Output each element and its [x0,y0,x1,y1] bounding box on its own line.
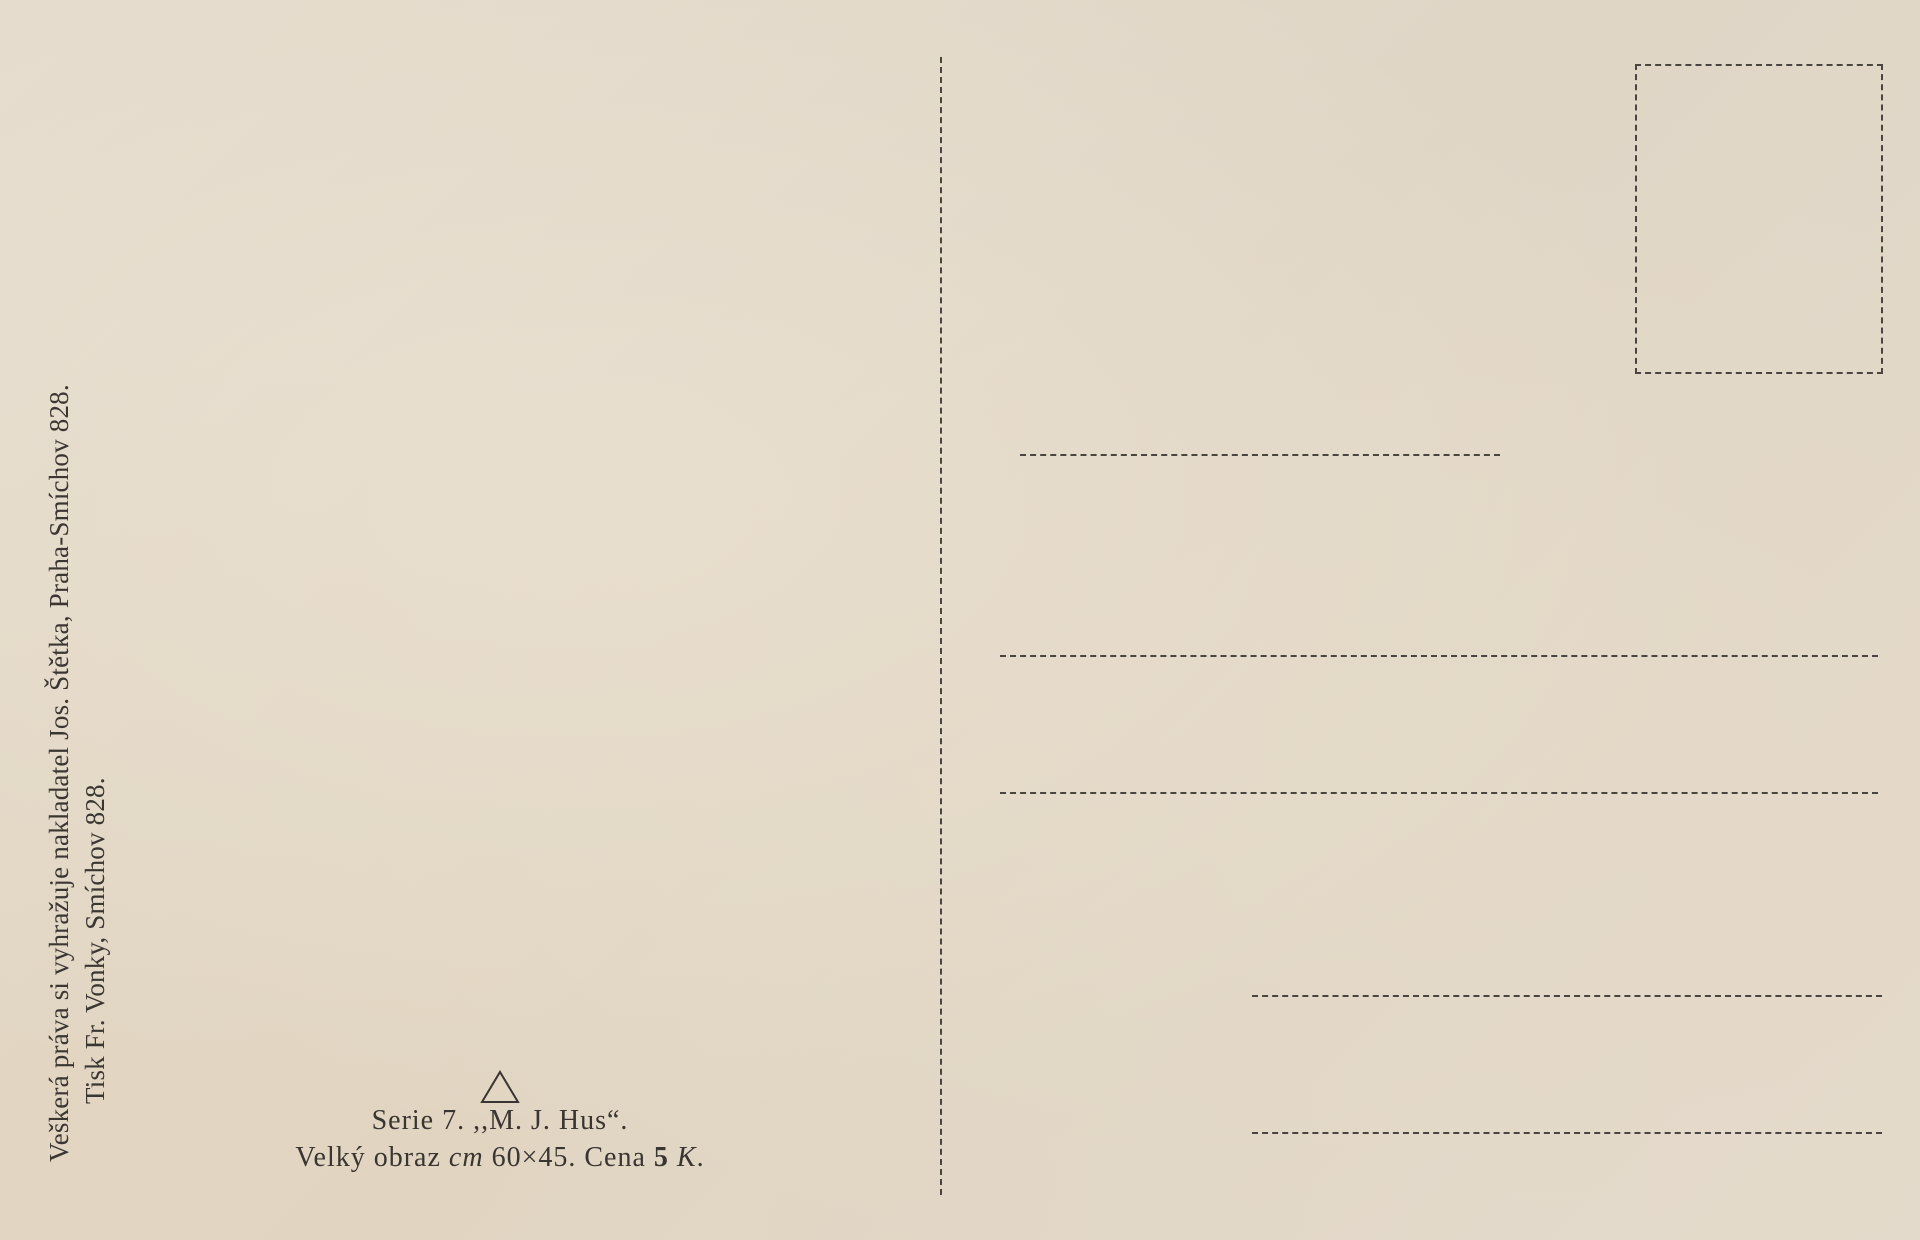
address-line-5 [1252,1132,1882,1134]
unit-text: cm [449,1142,484,1173]
postcard-back: Veškerá práva si vyhražuje nakladatel Jo… [0,0,1920,1240]
period: . [697,1142,705,1173]
price-value: 5 [654,1142,669,1173]
size-price-text: 60×45. Cena [484,1142,654,1173]
spacer [669,1142,677,1173]
stamp-placement-box [1635,64,1883,374]
printer-notice-line-2: Tisk Fr. Vonky, Smíchov 828. [80,777,111,1104]
address-line-4 [1252,995,1882,997]
currency-text: K [677,1142,697,1173]
triangle-icon [200,1070,800,1104]
series-description: Velký obraz cm 60×45. Cena 5 K. [200,1138,800,1178]
address-line-3 [1000,792,1878,794]
message-address-divider [940,57,942,1195]
description-text: Velký obraz [295,1142,449,1173]
address-line-1 [1020,454,1500,456]
publisher-notice-line-1: Veškerá práva si vyhražuje nakladatel Jo… [44,384,75,1162]
series-caption: Serie 7. ,,M. J. Hus“. Velký obraz cm 60… [200,1070,800,1178]
address-line-2 [1000,655,1878,657]
series-title: Serie 7. ,,M. J. Hus“. [200,1104,800,1138]
